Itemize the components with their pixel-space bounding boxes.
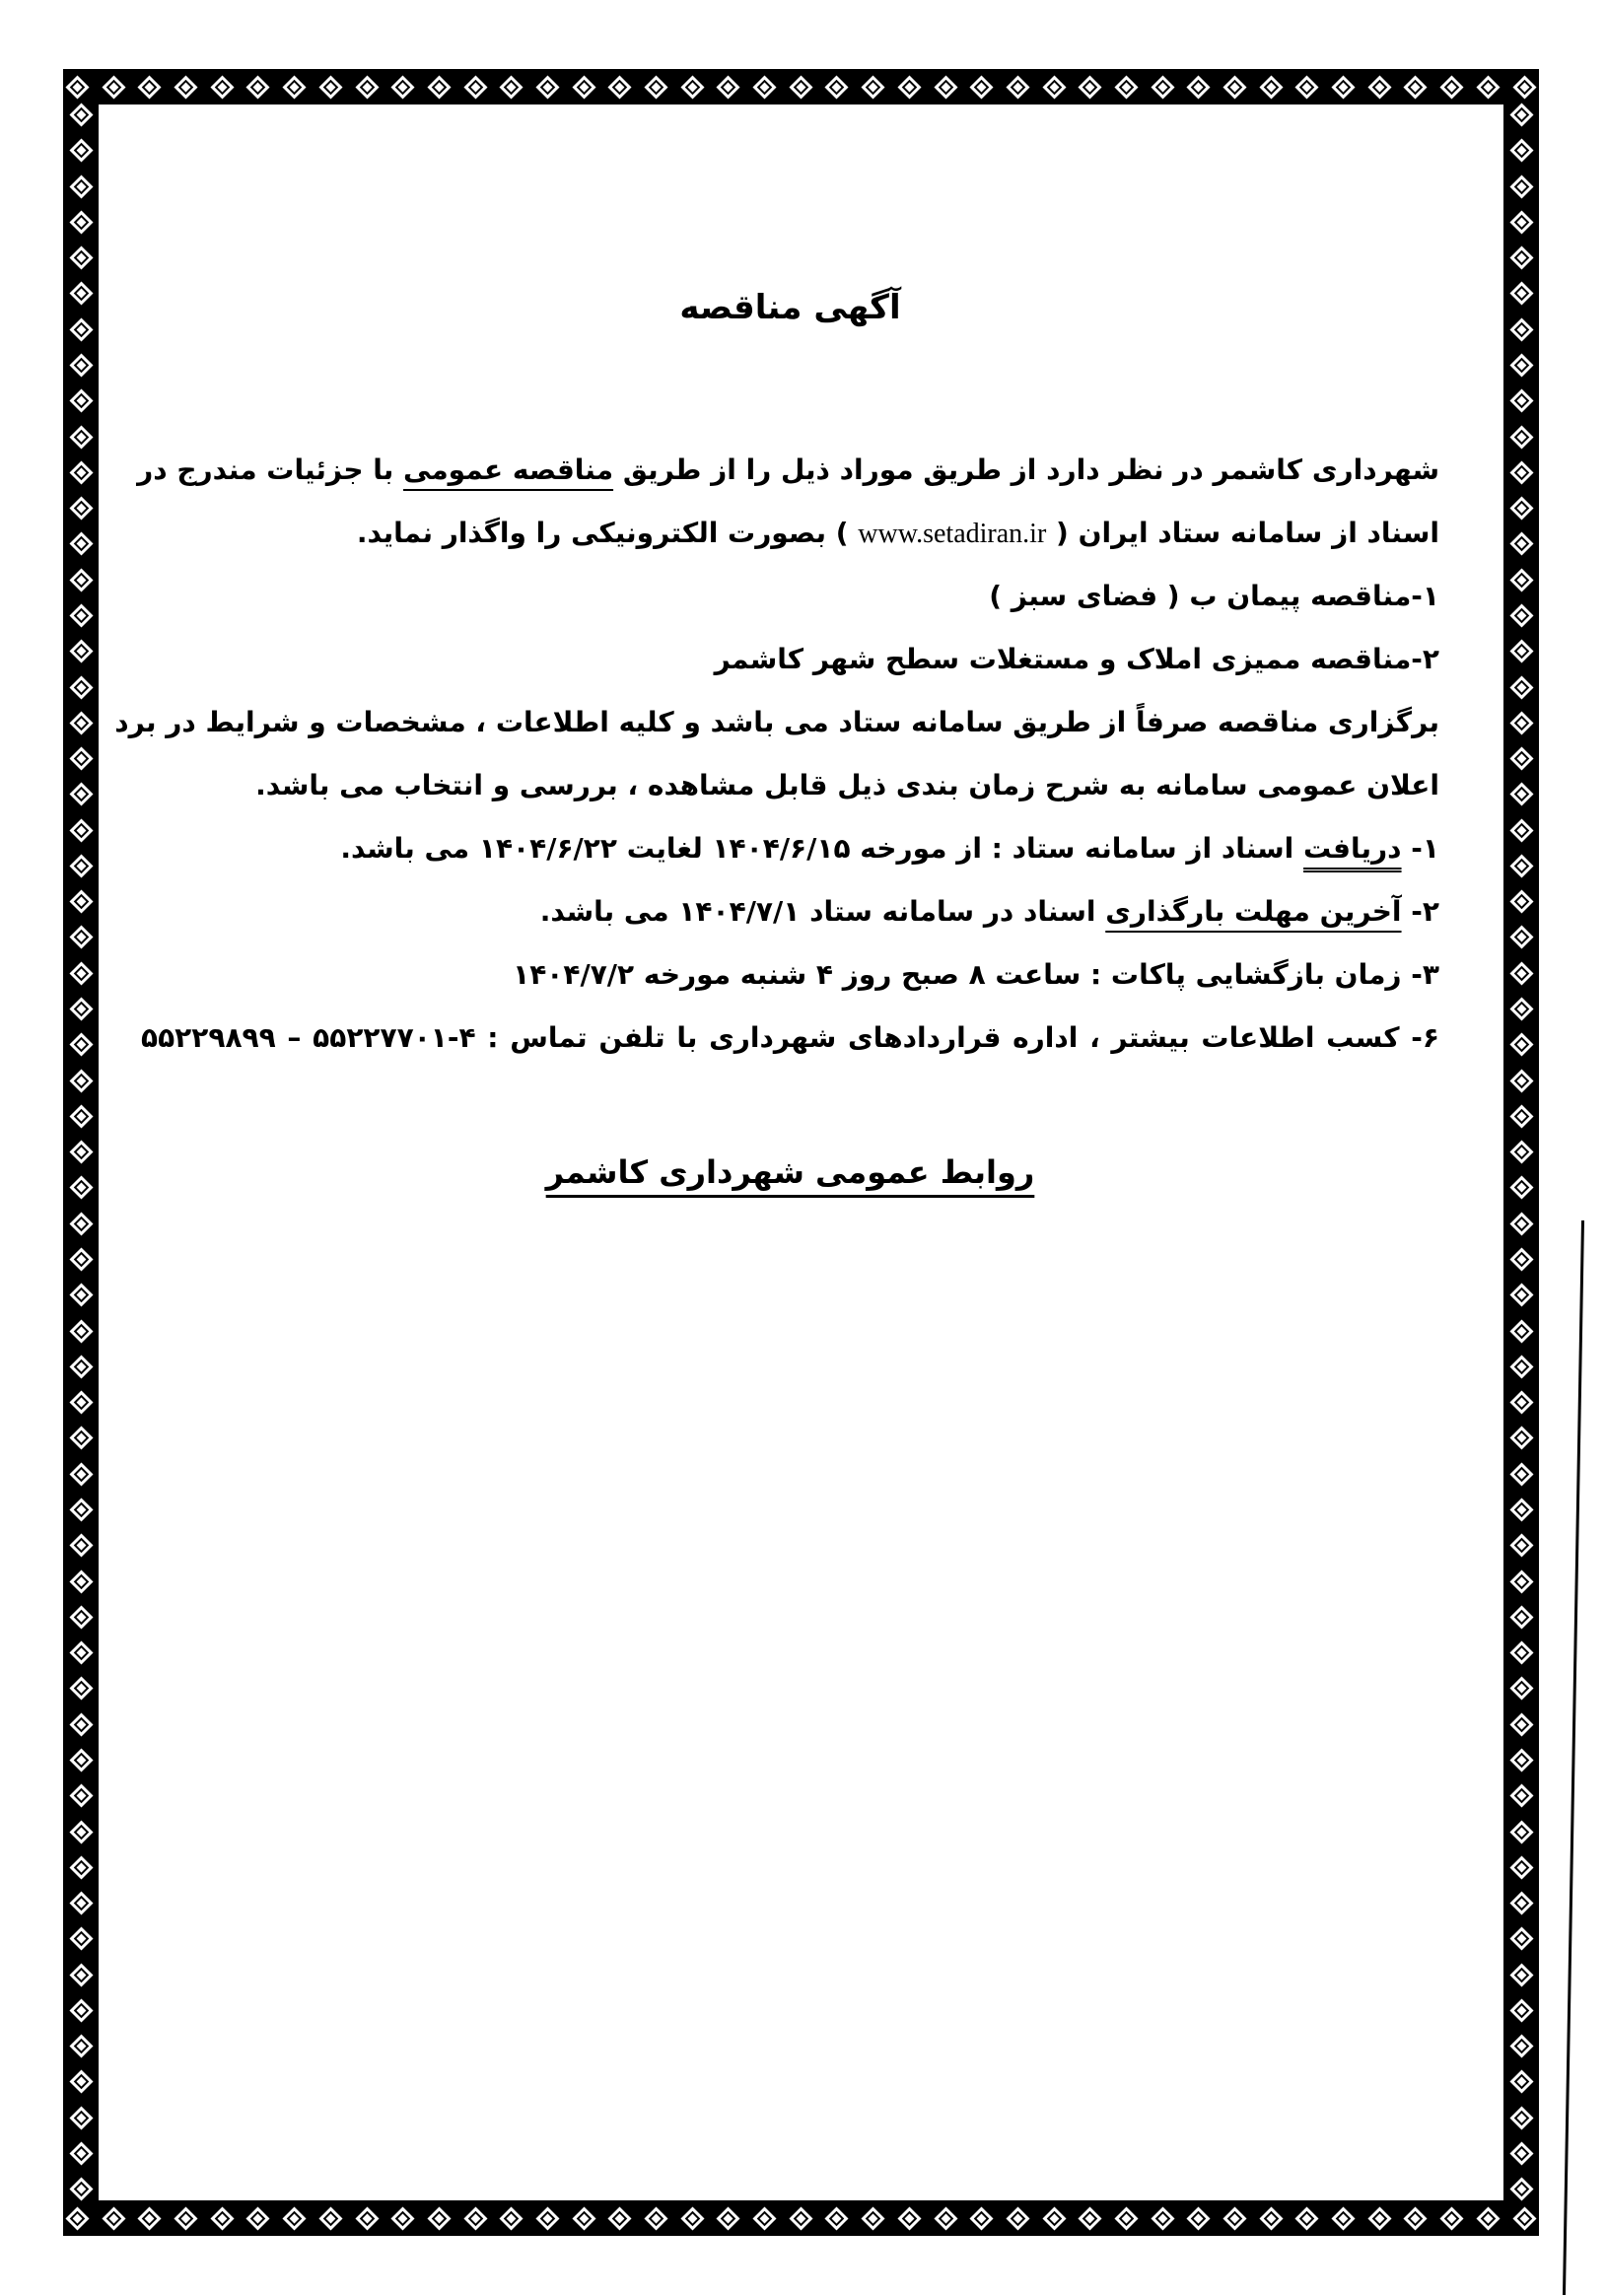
diamond-ornament-icon bbox=[283, 75, 307, 99]
diamond-ornament-icon bbox=[1509, 1963, 1533, 1986]
diamond-ornament-icon bbox=[1509, 1820, 1533, 1844]
diamond-ornament-icon bbox=[1512, 2206, 1536, 2230]
diamond-ornament-icon bbox=[69, 1033, 93, 1057]
diamond-ornament-icon bbox=[65, 2206, 89, 2230]
diamond-ornament-icon bbox=[69, 747, 93, 771]
diamond-ornament-icon bbox=[69, 1927, 93, 1951]
diamond-ornament-icon bbox=[69, 2070, 93, 2094]
diamond-ornament-icon bbox=[69, 1605, 93, 1629]
diamond-ornament-icon bbox=[69, 1820, 93, 1844]
diamond-ornament-icon bbox=[1509, 497, 1533, 521]
diamond-ornament-icon bbox=[1259, 2206, 1283, 2230]
scan-artifact-line bbox=[1563, 1220, 1584, 2295]
diamond-ornament-icon bbox=[69, 1534, 93, 1558]
diamond-ornament-icon bbox=[753, 2206, 777, 2230]
border-bottom bbox=[63, 2200, 1539, 2236]
diamond-ornament-icon bbox=[69, 174, 93, 198]
diamond-ornament-icon bbox=[1079, 75, 1102, 99]
diamond-ornament-icon bbox=[753, 75, 777, 99]
diamond-ornament-icon bbox=[717, 75, 740, 99]
diamond-ornament-icon bbox=[69, 2035, 93, 2058]
diamond-ornament-icon bbox=[1509, 998, 1533, 1021]
diamond-ornament-icon bbox=[644, 75, 667, 99]
diamond-ornament-icon bbox=[825, 75, 849, 99]
diamond-ornament-icon bbox=[1509, 460, 1533, 484]
schedule-text: اسناد در سامانه ستاد ۱۴۰۴/۷/۱ می باشد. bbox=[540, 895, 1105, 928]
diamond-ornament-icon bbox=[138, 75, 162, 99]
diamond-ornament-icon bbox=[175, 75, 198, 99]
diamond-ornament-icon bbox=[1332, 75, 1356, 99]
diamond-ornament-icon bbox=[897, 75, 921, 99]
diamond-ornament-icon bbox=[1509, 818, 1533, 842]
diamond-ornament-icon bbox=[69, 1104, 93, 1128]
diamond-ornament-icon bbox=[1006, 75, 1029, 99]
diamond-ornament-icon bbox=[1509, 1176, 1533, 1200]
diamond-ornament-icon bbox=[69, 139, 93, 163]
diamond-ornament-icon bbox=[463, 2206, 487, 2230]
border-right bbox=[1503, 104, 1539, 2200]
diamond-ornament-icon bbox=[1509, 1855, 1533, 1879]
diamond-ornament-icon bbox=[1295, 75, 1319, 99]
diamond-ornament-icon bbox=[69, 389, 93, 413]
diamond-ornament-icon bbox=[246, 2206, 270, 2230]
intro-text-2-end: ) بصورت الکترونیکی را واگذار نماید. bbox=[357, 517, 858, 549]
diamond-ornament-icon bbox=[1509, 1069, 1533, 1092]
diamond-ornament-icon bbox=[500, 75, 524, 99]
diamond-ornament-icon bbox=[1222, 75, 1246, 99]
diamond-ornament-icon bbox=[1509, 1426, 1533, 1450]
diamond-ornament-icon bbox=[69, 783, 93, 806]
diamond-ornament-icon bbox=[69, 317, 93, 341]
diamond-ornament-icon bbox=[1509, 1141, 1533, 1164]
diamond-ornament-icon bbox=[1509, 1033, 1533, 1057]
diamond-ornament-icon bbox=[680, 2206, 704, 2230]
diamond-ornament-icon bbox=[69, 425, 93, 449]
diamond-ornament-icon bbox=[1509, 1677, 1533, 1701]
diamond-ornament-icon bbox=[69, 1892, 93, 1915]
border-left bbox=[63, 104, 99, 2200]
diamond-ornament-icon bbox=[283, 2206, 307, 2230]
tender-item-2: ۲-مناقصه ممیزی املاک و مستغلات سطح شهر ک… bbox=[141, 638, 1439, 681]
decorative-border bbox=[63, 69, 1539, 2236]
intro-text-2: اسناد از سامانه ستاد ایران ( bbox=[1046, 517, 1439, 549]
diamond-ornament-icon bbox=[680, 75, 704, 99]
diamond-ornament-icon bbox=[1509, 1998, 1533, 2022]
diamond-ornament-icon bbox=[69, 353, 93, 377]
diamond-ornament-icon bbox=[1509, 282, 1533, 306]
diamond-ornament-icon bbox=[69, 1712, 93, 1736]
diamond-ornament-icon bbox=[1509, 1534, 1533, 1558]
diamond-ornament-icon bbox=[1187, 2206, 1211, 2230]
diamond-ornament-icon bbox=[1440, 2206, 1464, 2230]
diamond-ornament-icon bbox=[69, 103, 93, 126]
tender-item-1: ۱-مناقصه پیمان ب ( فضای سبز ) bbox=[141, 575, 1439, 618]
diamond-ornament-icon bbox=[1367, 75, 1391, 99]
diamond-ornament-icon bbox=[69, 640, 93, 663]
diamond-ornament-icon bbox=[1404, 75, 1428, 99]
diamond-ornament-icon bbox=[572, 2206, 595, 2230]
public-tender-term: مناقصه عمومی bbox=[403, 453, 613, 486]
schedule-item-2: ۲- آخرین مهلت بارگذاری اسناد در سامانه س… bbox=[141, 890, 1439, 934]
diamond-ornament-icon bbox=[69, 1319, 93, 1343]
diamond-ornament-icon bbox=[1509, 174, 1533, 198]
diamond-ornament-icon bbox=[69, 1641, 93, 1665]
diamond-ornament-icon bbox=[1509, 2142, 1533, 2166]
diamond-ornament-icon bbox=[1509, 640, 1533, 663]
diamond-ornament-icon bbox=[69, 210, 93, 234]
diamond-ornament-icon bbox=[535, 2206, 559, 2230]
diamond-ornament-icon bbox=[1509, 425, 1533, 449]
diamond-ornament-icon bbox=[1509, 675, 1533, 699]
diamond-ornament-icon bbox=[1509, 1712, 1533, 1736]
diamond-ornament-icon bbox=[1509, 317, 1533, 341]
diamond-ornament-icon bbox=[1114, 75, 1138, 99]
diamond-ornament-icon bbox=[355, 2206, 379, 2230]
diamond-ornament-icon bbox=[391, 2206, 415, 2230]
contact-line: ۶- کسب اطلاعات بیشتر ، اداره قراردادهای … bbox=[141, 1016, 1439, 1060]
diamond-ornament-icon bbox=[69, 890, 93, 914]
diamond-ornament-icon bbox=[69, 2178, 93, 2201]
diamond-ornament-icon bbox=[825, 2206, 849, 2230]
diamond-ornament-icon bbox=[1222, 2206, 1246, 2230]
diamond-ornament-icon bbox=[1509, 1748, 1533, 1772]
diamond-ornament-icon bbox=[789, 2206, 812, 2230]
diamond-ornament-icon bbox=[1259, 75, 1283, 99]
diamond-ornament-icon bbox=[69, 1069, 93, 1092]
diamond-ornament-icon bbox=[1512, 75, 1536, 99]
diamond-ornament-icon bbox=[789, 75, 812, 99]
diamond-ornament-icon bbox=[572, 75, 595, 99]
signature: روابط عمومی شهرداری کاشمر bbox=[141, 1153, 1439, 1191]
diamond-ornament-icon bbox=[69, 603, 93, 627]
intro-text-end: با جزئیات مندرج در bbox=[137, 453, 403, 486]
setad-url-link[interactable]: www.setadiran.ir bbox=[858, 519, 1046, 549]
diamond-ornament-icon bbox=[246, 75, 270, 99]
diamond-ornament-icon bbox=[1151, 75, 1174, 99]
diamond-ornament-icon bbox=[500, 2206, 524, 2230]
diamond-ornament-icon bbox=[69, 1497, 93, 1521]
diamond-ornament-icon bbox=[69, 568, 93, 591]
diamond-ornament-icon bbox=[65, 75, 89, 99]
diamond-ornament-icon bbox=[427, 2206, 451, 2230]
diamond-ornament-icon bbox=[69, 1998, 93, 2022]
diamond-ornament-icon bbox=[69, 1141, 93, 1164]
diamond-ornament-icon bbox=[69, 282, 93, 306]
intro-line-2: اسناد از سامانه ستاد ایران ( www.setadir… bbox=[141, 512, 1439, 555]
diamond-ornament-icon bbox=[102, 75, 125, 99]
signature-text: روابط عمومی شهرداری کاشمر bbox=[546, 1153, 1035, 1191]
diamond-ornament-icon bbox=[69, 2106, 93, 2129]
diamond-ornament-icon bbox=[1509, 603, 1533, 627]
diamond-ornament-icon bbox=[69, 1784, 93, 1808]
diamond-ornament-icon bbox=[69, 1462, 93, 1486]
diamond-ornament-icon bbox=[69, 2142, 93, 2166]
diamond-ornament-icon bbox=[102, 2206, 125, 2230]
diamond-ornament-icon bbox=[608, 2206, 632, 2230]
diamond-ornament-icon bbox=[69, 460, 93, 484]
diamond-ornament-icon bbox=[1006, 2206, 1029, 2230]
schedule-text: اسناد از سامانه ستاد : از مورخه ۱۴۰۴/۶/۱… bbox=[340, 832, 1303, 865]
diamond-ornament-icon bbox=[69, 675, 93, 699]
diamond-ornament-icon bbox=[1509, 353, 1533, 377]
diamond-ornament-icon bbox=[1042, 2206, 1066, 2230]
diamond-ornament-icon bbox=[69, 1176, 93, 1200]
diamond-ornament-icon bbox=[1079, 2206, 1102, 2230]
diamond-ornament-icon bbox=[175, 2206, 198, 2230]
diamond-ornament-icon bbox=[463, 75, 487, 99]
diamond-ornament-icon bbox=[1509, 1319, 1533, 1343]
diamond-ornament-icon bbox=[1509, 2035, 1533, 2058]
diamond-ornament-icon bbox=[1509, 2178, 1533, 2201]
diamond-ornament-icon bbox=[1509, 2070, 1533, 2094]
diamond-ornament-icon bbox=[1509, 1104, 1533, 1128]
diamond-ornament-icon bbox=[1509, 890, 1533, 914]
diamond-ornament-icon bbox=[69, 711, 93, 734]
schedule-keyword: دریافت bbox=[1303, 832, 1402, 865]
diamond-ornament-icon bbox=[1509, 1605, 1533, 1629]
diamond-ornament-icon bbox=[210, 2206, 234, 2230]
diamond-ornament-icon bbox=[1187, 75, 1211, 99]
paragraph-line-1: برگزاری مناقصه صرفاً از طریق سامانه ستاد… bbox=[141, 701, 1439, 744]
diamond-ornament-icon bbox=[69, 1569, 93, 1593]
diamond-ornament-icon bbox=[69, 1212, 93, 1235]
diamond-ornament-icon bbox=[934, 75, 957, 99]
diamond-ornament-icon bbox=[1509, 1892, 1533, 1915]
schedule-item-1: ۱- دریافت اسناد از سامانه ستاد : از مورخ… bbox=[141, 827, 1439, 870]
diamond-ornament-icon bbox=[970, 75, 994, 99]
diamond-ornament-icon bbox=[69, 1855, 93, 1879]
diamond-ornament-icon bbox=[69, 246, 93, 270]
diamond-ornament-icon bbox=[1509, 961, 1533, 985]
diamond-ornament-icon bbox=[318, 2206, 342, 2230]
diamond-ornament-icon bbox=[69, 1963, 93, 1986]
diamond-ornament-icon bbox=[1404, 2206, 1428, 2230]
schedule-keyword: آخرین مهلت بارگذاری bbox=[1105, 895, 1401, 928]
diamond-ornament-icon bbox=[1509, 1284, 1533, 1307]
diamond-ornament-icon bbox=[138, 2206, 162, 2230]
diamond-ornament-icon bbox=[1476, 2206, 1500, 2230]
diamond-ornament-icon bbox=[69, 854, 93, 877]
schedule-number: ۲- bbox=[1402, 895, 1439, 928]
diamond-ornament-icon bbox=[1509, 103, 1533, 126]
diamond-ornament-icon bbox=[1440, 75, 1464, 99]
diamond-ornament-icon bbox=[1509, 1569, 1533, 1593]
diamond-ornament-icon bbox=[608, 75, 632, 99]
diamond-ornament-icon bbox=[69, 1677, 93, 1701]
diamond-ornament-icon bbox=[1509, 1462, 1533, 1486]
diamond-ornament-icon bbox=[1509, 210, 1533, 234]
diamond-ornament-icon bbox=[1509, 2106, 1533, 2129]
diamond-ornament-icon bbox=[69, 1426, 93, 1450]
schedule-number: ۱- bbox=[1402, 832, 1439, 865]
diamond-ornament-icon bbox=[1509, 747, 1533, 771]
diamond-ornament-icon bbox=[1332, 2206, 1356, 2230]
diamond-ornament-icon bbox=[1509, 711, 1533, 734]
diamond-ornament-icon bbox=[862, 75, 885, 99]
diamond-ornament-icon bbox=[69, 926, 93, 949]
diamond-ornament-icon bbox=[355, 75, 379, 99]
diamond-ornament-icon bbox=[1509, 389, 1533, 413]
diamond-ornament-icon bbox=[1509, 532, 1533, 556]
diamond-ornament-icon bbox=[69, 1247, 93, 1271]
diamond-ornament-icon bbox=[1509, 1784, 1533, 1808]
diamond-ornament-icon bbox=[717, 2206, 740, 2230]
diamond-ornament-icon bbox=[1509, 568, 1533, 591]
diamond-ornament-icon bbox=[970, 2206, 994, 2230]
border-top bbox=[63, 69, 1539, 104]
diamond-ornament-icon bbox=[318, 75, 342, 99]
diamond-ornament-icon bbox=[69, 497, 93, 521]
page-area bbox=[99, 104, 1503, 2200]
diamond-ornament-icon bbox=[69, 998, 93, 1021]
diamond-ornament-icon bbox=[391, 75, 415, 99]
diamond-ornament-icon bbox=[934, 2206, 957, 2230]
diamond-ornament-icon bbox=[69, 1748, 93, 1772]
diamond-ornament-icon bbox=[1509, 926, 1533, 949]
page-title: آگهی مناقصه bbox=[141, 288, 1439, 327]
diamond-ornament-icon bbox=[69, 1391, 93, 1415]
diamond-ornament-icon bbox=[210, 75, 234, 99]
diamond-ornament-icon bbox=[1509, 783, 1533, 806]
diamond-ornament-icon bbox=[1151, 2206, 1174, 2230]
diamond-ornament-icon bbox=[1509, 1927, 1533, 1951]
diamond-ornament-icon bbox=[427, 75, 451, 99]
diamond-ornament-icon bbox=[1367, 2206, 1391, 2230]
diamond-ornament-icon bbox=[69, 532, 93, 556]
diamond-ornament-icon bbox=[1042, 75, 1066, 99]
intro-text: شهرداری کاشمر در نظر دارد از طریق موراد … bbox=[613, 453, 1439, 486]
intro-line-1: شهرداری کاشمر در نظر دارد از طریق موراد … bbox=[141, 449, 1439, 492]
diamond-ornament-icon bbox=[69, 1355, 93, 1378]
paragraph-line-2: اعلان عمومی سامانه به شرح زمان بندی ذیل … bbox=[141, 764, 1439, 807]
diamond-ornament-icon bbox=[1509, 1391, 1533, 1415]
diamond-ornament-icon bbox=[1509, 854, 1533, 877]
schedule-item-3: ۳- زمان بازگشایی پاکات : ساعت ۸ صبح روز … bbox=[141, 953, 1439, 997]
diamond-ornament-icon bbox=[69, 961, 93, 985]
diamond-ornament-icon bbox=[1476, 75, 1500, 99]
diamond-ornament-icon bbox=[897, 2206, 921, 2230]
diamond-ornament-icon bbox=[69, 1284, 93, 1307]
diamond-ornament-icon bbox=[1295, 2206, 1319, 2230]
diamond-ornament-icon bbox=[535, 75, 559, 99]
diamond-ornament-icon bbox=[1509, 139, 1533, 163]
diamond-ornament-icon bbox=[1509, 1212, 1533, 1235]
diamond-ornament-icon bbox=[1509, 246, 1533, 270]
diamond-ornament-icon bbox=[1509, 1247, 1533, 1271]
diamond-ornament-icon bbox=[1114, 2206, 1138, 2230]
diamond-ornament-icon bbox=[1509, 1355, 1533, 1378]
diamond-ornament-icon bbox=[1509, 1497, 1533, 1521]
diamond-ornament-icon bbox=[69, 818, 93, 842]
diamond-ornament-icon bbox=[644, 2206, 667, 2230]
diamond-ornament-icon bbox=[1509, 1641, 1533, 1665]
diamond-ornament-icon bbox=[862, 2206, 885, 2230]
